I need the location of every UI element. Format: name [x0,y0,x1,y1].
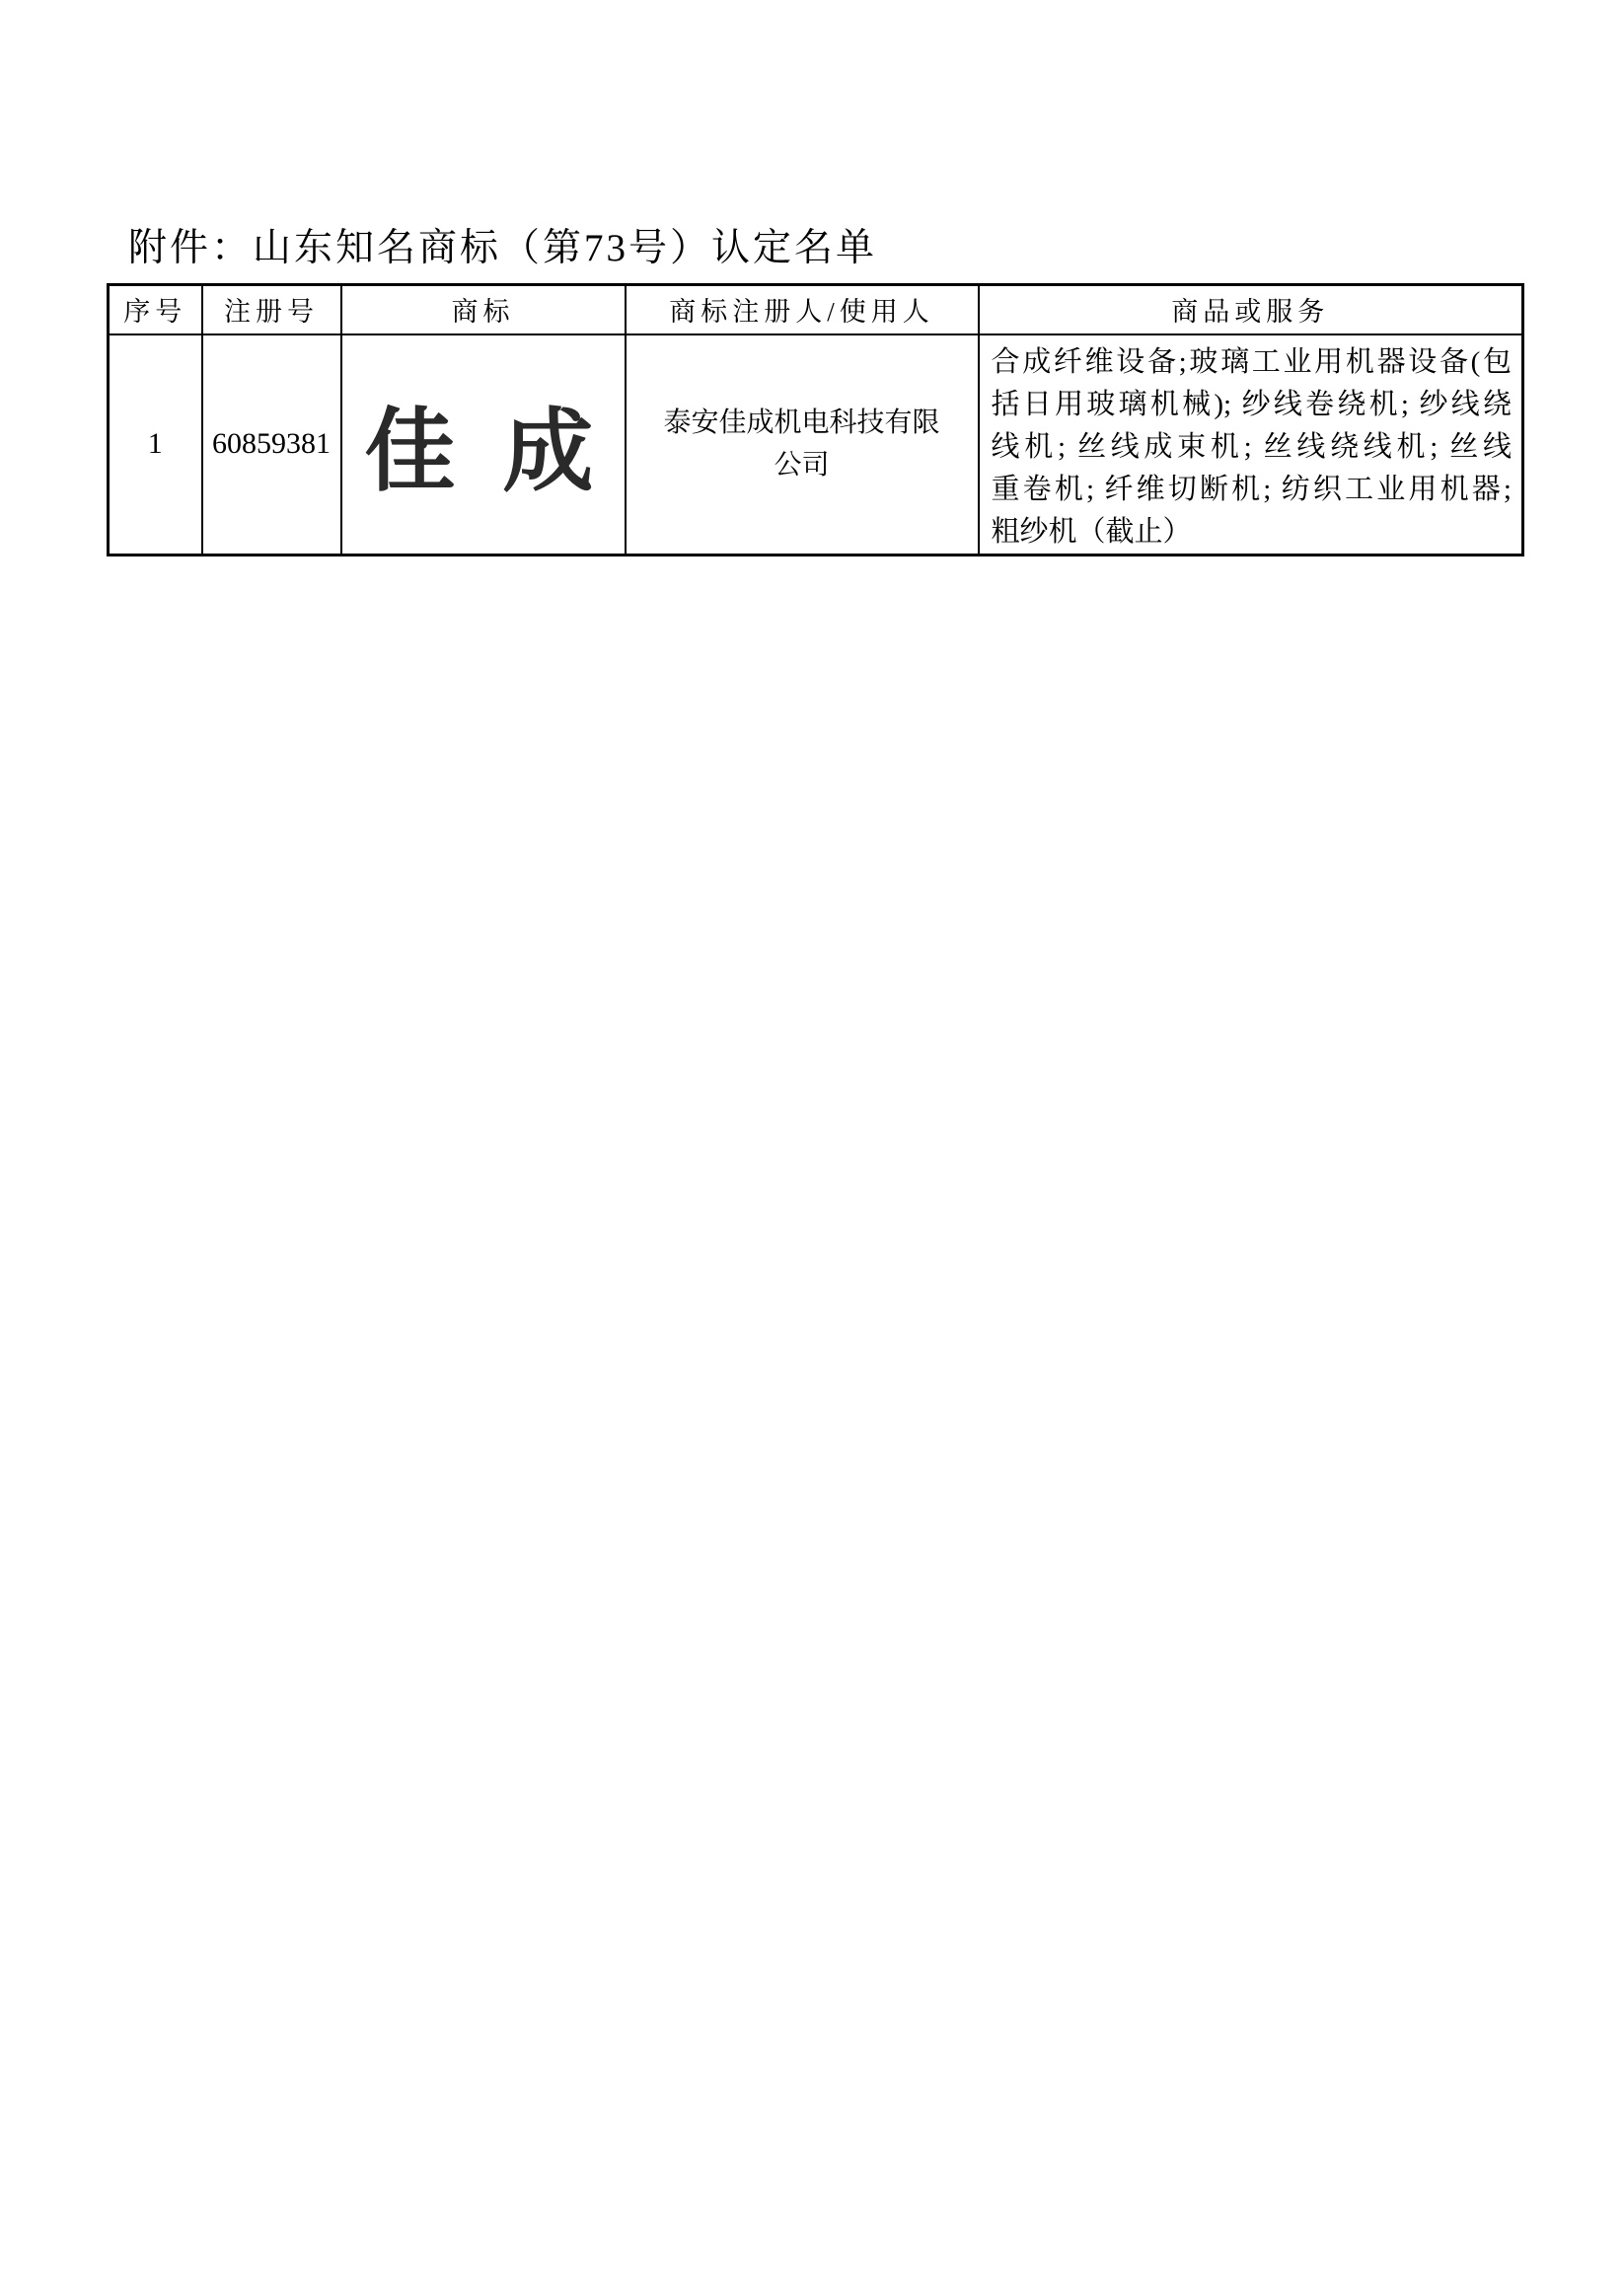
goods-line: 重卷机; 纤维切断机; 纺织工业用机器; [992,469,1513,511]
cell-registrant: 泰安佳成机电科技有限公司 [626,334,979,555]
column-header-goods-services: 商品或服务 [979,285,1523,334]
column-header-registrant: 商标注册人/使用人 [626,285,979,334]
cell-trademark: 佳 成 [341,334,626,555]
document-page: 附件：山东知名商标（第73号）认定名单 序号 注册号 商标 商标注册人/使用人 … [0,0,1624,2296]
trademark-logo: 佳 成 [364,399,601,504]
cell-index: 1 [109,334,202,555]
cell-goods-services: 合成纤维设备;玻璃工业用机器设备(包 括日用玻璃机械); 纱线卷绕机; 纱线绕 … [979,334,1523,555]
column-header-trademark: 商标 [341,285,626,334]
registrant-name: 泰安佳成机电科技有限公司 [664,402,940,487]
goods-line: 线机; 丝线成束机; 丝线绕线机; 丝线 [992,426,1513,469]
goods-line: 合成纤维设备;玻璃工业用机器设备(包 [992,341,1513,384]
table-header-row: 序号 注册号 商标 商标注册人/使用人 商品或服务 [109,285,1523,334]
goods-line: 括日用玻璃机械); 纱线卷绕机; 纱线绕 [992,384,1513,426]
column-header-registration-number: 注册号 [202,285,341,334]
page-title: 附件：山东知名商标（第73号）认定名单 [128,217,877,272]
cell-registration-number: 60859381 [202,334,341,555]
trademark-table: 序号 注册号 商标 商标注册人/使用人 商品或服务 1 60859381 佳 成… [107,283,1524,556]
goods-line: 粗纱机（截止） [992,511,1513,554]
column-header-index: 序号 [109,285,202,334]
table-row: 1 60859381 佳 成 泰安佳成机电科技有限公司 合成纤维设备;玻璃工业用… [109,334,1523,555]
